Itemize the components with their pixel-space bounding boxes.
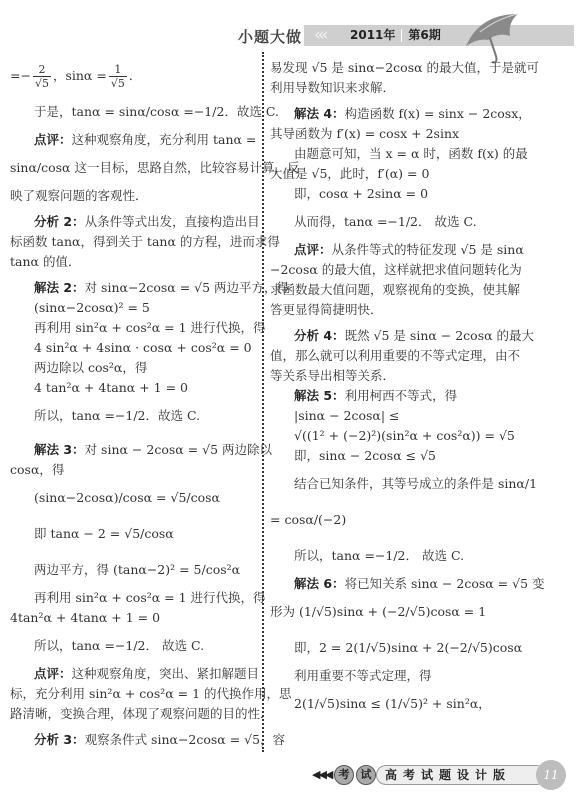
issue-info: 2011年第6期 bbox=[350, 25, 441, 46]
column-divider bbox=[262, 52, 264, 752]
text-line: 易发现 √5 是 sinα−2cosα 的最大值，于是就可 bbox=[270, 58, 500, 78]
triple-arrow-left-icon: ◀◀◀ bbox=[312, 768, 331, 781]
text-line: 答更显得简捷明快． bbox=[270, 300, 500, 320]
text-line: 从而得，tanα =−1/2． 故选 C. bbox=[270, 204, 500, 240]
solution-heading: 解法 5：利用柯西不等式，得 bbox=[270, 386, 500, 406]
page-footer: ◀◀◀ 考 试 高考试题设计版 11 bbox=[312, 762, 572, 788]
math-line: 即，cosα + 2sinα = 0 bbox=[270, 184, 500, 204]
text-line: 所以，tanα =−1/2．故选 C. bbox=[10, 398, 248, 434]
math-line: 4 sin²α + 4sinα · cosα + cos²α = 0 bbox=[10, 338, 248, 358]
math-line: 其导函数为 f′(x) = cosx + 2sinx bbox=[270, 124, 500, 144]
comment-line: 点评：这种观察角度，突出、紧扣解题目 bbox=[10, 664, 248, 684]
solution-heading: 解法 4：构造函数 f(x) = sinx − 2cosx， bbox=[270, 104, 500, 124]
solution-heading: 解法 3：对 sinα − 2cosα = √5 两边除以 bbox=[10, 440, 248, 460]
issue-number: 第6期 bbox=[408, 28, 440, 42]
chevrons-left-icon: ‹‹‹ bbox=[314, 25, 325, 46]
solution-heading: 解法 2：对 sinα−2cosα = √5 两边平方，得 bbox=[10, 278, 248, 298]
text-line: 映了观察问题的客观性． bbox=[10, 186, 248, 206]
text-line: 所以，tanα =−1/2． 故选 C. bbox=[10, 628, 248, 664]
math-line: 即，sinα − 2cosα ≤ √5 bbox=[270, 446, 500, 466]
text-line: 标，充分利用 sin²α + cos²α = 1 的代换作用，思 bbox=[10, 684, 248, 704]
text-line: 再利用 sin²α + cos²α = 1 进行代换，得 bbox=[10, 588, 248, 608]
math-line: (sinα−2cosα)² = 5 bbox=[10, 298, 248, 318]
math-line: 4 tan²α + 4tanα + 1 = 0 bbox=[10, 378, 248, 398]
footer-badge-kao: 考 bbox=[334, 765, 354, 785]
text-line: 求函数最大值问题，观察视角的变换，使其解 bbox=[270, 280, 500, 300]
math-line: 两边平方，得 (tanα−2)² = 5/cos²α bbox=[10, 552, 248, 588]
page-number: 11 bbox=[536, 760, 566, 790]
analysis-heading: 分析 4：既然 √5 是 sinα − 2cosα 的最大 bbox=[270, 326, 500, 346]
text-line: sinα/cosα 这一目标，思路自然，比较容易计算，反 bbox=[10, 150, 248, 186]
text-line: cosα，得 bbox=[10, 460, 248, 480]
comment-line: 点评：这种观察角度，充分利用 tanα = bbox=[10, 130, 248, 150]
text-line: tanα 的值． bbox=[10, 252, 248, 272]
issue-year: 2011年 bbox=[350, 28, 395, 42]
column-title: 小题大做 bbox=[238, 26, 302, 47]
text-line: 结合已知条件，其等号成立的条件是 sinα/1 bbox=[270, 466, 500, 502]
text-line: 再利用 sin²α + cos²α = 1 进行代换，得 bbox=[10, 318, 248, 338]
math-line: 2(1/√5)sinα ≤ (1/√5)² + sin²α， bbox=[270, 686, 500, 722]
text-line: 利用重要不等式定理，得 bbox=[270, 666, 500, 686]
analysis-heading: 分析 2：从条件等式出发，直接构造出目 bbox=[10, 212, 248, 232]
math-line: 即，2 = 2(1/√5)sinα + 2(−2/√5)cosα bbox=[270, 630, 500, 666]
text-line: 于是，tanα = sinα/cosα =−1/2．故选 C. bbox=[10, 94, 248, 130]
math-line: 形为 (1/√5)sinα + (−2/√5)cosα = 1 bbox=[270, 594, 500, 630]
text-line: 路清晰，变换合理，体现了观察问题的目的性． bbox=[10, 704, 248, 724]
text-line: 所以，tanα =−1/2． 故选 C. bbox=[270, 538, 500, 574]
left-column: =−2√5，sinα =1√5． 于是，tanα = sinα/cosα =−1… bbox=[10, 58, 248, 750]
text-line: 标函数 tanα，得到关于 tanα 的方程，进而求得 bbox=[10, 232, 248, 252]
math-line: √((1² + (−2)²)(sin²α + cos²α)) = √5 bbox=[270, 426, 500, 446]
text-line: −2cosα 的最大值，这样就把求值问题转化为 bbox=[270, 260, 500, 280]
math-line: 4tan²α + 4tanα + 1 = 0 bbox=[10, 608, 248, 628]
math-line: (sinα−2cosα)/cosα = √5/cosα bbox=[10, 480, 248, 516]
page-header: 小题大做 ‹‹‹ 2011年第6期 bbox=[0, 14, 581, 54]
footer-title: 高考试题设计版 bbox=[376, 765, 546, 785]
analysis-heading: 分析 3：观察条件式 sinα−2cosα = √5，容 bbox=[10, 730, 248, 750]
math-line: 即 tanα − 2 = √5/cosα bbox=[10, 516, 248, 552]
text-line: 大值是 √5，此时，f′(α) = 0 bbox=[270, 164, 500, 184]
text-line: 利用导数知识来求解． bbox=[270, 78, 500, 98]
math-line: = cosα/(−2) bbox=[270, 502, 500, 538]
comment-line: 点评：从条件等式的特征发现 √5 是 sinα bbox=[270, 240, 500, 260]
text-line: 由题意可知，当 x = α 时，函数 f(x) 的最 bbox=[270, 144, 500, 164]
issue-separator bbox=[401, 29, 402, 42]
text-line: 值，那么就可以利用重要的不等式定理，由不 bbox=[270, 346, 500, 366]
math-line: |sinα − 2cosα| ≤ bbox=[270, 406, 500, 426]
text-line: 两边除以 cos²α，得 bbox=[10, 358, 248, 378]
text-line: =−2√5，sinα =1√5． bbox=[10, 58, 248, 94]
right-column: 易发现 √5 是 sinα−2cosα 的最大值，于是就可 利用导数知识来求解．… bbox=[270, 58, 500, 722]
text-line: 等关系导出相等关系． bbox=[270, 366, 500, 386]
footer-badge-shi: 试 bbox=[356, 765, 376, 785]
solution-heading: 解法 6：将已知关系 sinα − 2cosα = √5 变 bbox=[270, 574, 500, 594]
